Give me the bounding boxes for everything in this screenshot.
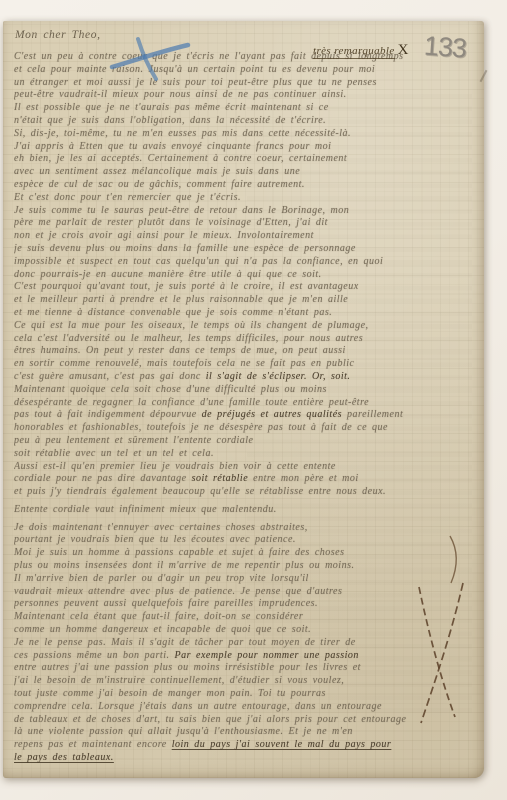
manuscript-line: J'ai appris à Etten que tu avais envoyé …	[14, 141, 477, 154]
manuscript-line: tout juste comme j'ai besoin de manger m…	[14, 688, 477, 701]
manuscript-line: Aussi est-il qu'en premier lieu je voudr…	[14, 461, 477, 474]
manuscript-line: peu à peu lentement et sûrement l'entent…	[14, 435, 477, 448]
manuscript-line: un étranger et moi aussi je le suis pour…	[14, 77, 477, 90]
manuscript-line: j'ai le besoin de m'instruire continuell…	[14, 675, 477, 688]
manuscript-line-emphasis: de préjugés et autres qualités	[202, 409, 342, 420]
manuscript-line: Maintenant cela étant que faut-il faire,…	[14, 611, 477, 624]
manuscript-line: en sortir comme renouvelé, mais toutefoi…	[14, 358, 477, 371]
archival-note: très remarquableX	[313, 42, 409, 59]
manuscript-line: C'est pourquoi qu'avant tout, je suis po…	[14, 281, 477, 294]
manuscript-line: soit rétablie avec un tel et un tel et c…	[14, 448, 477, 461]
manuscript-line: je suis devenu plus ou moins dans la fam…	[14, 243, 477, 256]
manuscript-line-emphasis: il s'agit de s'éclipser. Or, soit.	[206, 371, 351, 382]
manuscript-line: comprendre cela. Lorsque j'étais dans un…	[14, 701, 477, 714]
manuscript-line: êtres humains. On peut y rester dans ce …	[14, 345, 477, 358]
manuscript-line: Moi je suis un homme à passions capable …	[14, 547, 477, 560]
manuscript-line: non et je crois avoir agi ainsi pour le …	[14, 230, 477, 243]
manuscript-line: cordiale pour ne pas dire davantage soit…	[14, 473, 477, 486]
manuscript-line: n'était que je suis dans l'obligation, d…	[14, 115, 477, 128]
salutation: Mon cher Theo,	[15, 28, 477, 42]
manuscript-line: là une violente passion qui allait jusqu…	[14, 726, 477, 739]
manuscript-line: père me parlait de rester plutôt dans le…	[14, 217, 477, 230]
manuscript-line: Et c'est donc pour t'en remercier que je…	[14, 192, 477, 205]
manuscript-line: pourtant je voudrais bien que tu les éco…	[14, 534, 477, 547]
manuscript-line: ces passions même un bon parti. Par exem…	[14, 650, 477, 663]
letter-page: Mon cher Theo, C'est un peu à contre coe…	[3, 21, 484, 778]
manuscript-line: désespérante de regagner la confiance d'…	[14, 397, 477, 410]
manuscript-line-emphasis: loin du pays j'ai souvent le mal du pays…	[172, 739, 392, 750]
margin-ink-cross-mark	[409, 577, 473, 731]
archival-note-x-mark: X	[398, 42, 409, 58]
page-number: 133	[423, 31, 467, 65]
manuscript-line: repens pas et maintenant encore loin du …	[14, 739, 477, 752]
manuscript-line: donc pourrais-je en aucune manière être …	[14, 269, 477, 282]
blue-crayon-cross-mark	[108, 35, 194, 83]
manuscript-line: peut-être vaudrait-il mieux pour nous ai…	[14, 89, 477, 102]
manuscript-line: Maintenant quoique cela soit chose d'une…	[14, 384, 477, 397]
manuscript-line: personnes peuvent aussi quelquefois fair…	[14, 598, 477, 611]
manuscript-line: de tableaux et de choses d'art, tu sais …	[14, 714, 477, 727]
manuscript-line: et puis j'y tiendrais également beaucoup…	[14, 486, 477, 499]
manuscript-line: Il est possible que je ne t'aurais pas m…	[14, 102, 477, 115]
manuscript-line: eh bien, je les ai acceptés. Certainemen…	[14, 153, 477, 166]
manuscript-line-emphasis: soit rétablie	[192, 473, 249, 484]
manuscript-line-emphasis: le pays des tableaux.	[14, 752, 114, 763]
letter-scan: Mon cher Theo, C'est un peu à contre coe…	[0, 0, 507, 800]
manuscript-line: plus ou moins insensées dont il m'arrive…	[14, 560, 477, 573]
manuscript-line: Je dois maintenant t'ennuyer avec certai…	[14, 522, 477, 535]
manuscript-line: et cela pour mainte raison. Jusqu'à un c…	[14, 64, 477, 77]
manuscript-line: Ce qui est la mue pour les oiseaux, le t…	[14, 320, 477, 333]
manuscript-line: cela c'est l'adversité ou le malheur, le…	[14, 333, 477, 346]
manuscript-line: entre autres j'ai une passion plus ou mo…	[14, 662, 477, 675]
manuscript-line: Je ne le pense pas. Mais il s'agit de tâ…	[14, 637, 477, 650]
manuscript-line: impossible et suspect en tout cas quelqu…	[14, 256, 477, 269]
manuscript-line: Il m'arrive bien de parler ou d'agir un …	[14, 573, 477, 586]
letter-body: C'est un peu à contre coeur que je t'écr…	[14, 51, 477, 765]
manuscript-line: et me tienne à distance convenable que j…	[14, 307, 477, 320]
manuscript-line: avec un sentiment assez mélancolique mai…	[14, 166, 477, 179]
archival-note-text: très remarquable	[313, 45, 395, 59]
manuscript-line: Si, dis-je, toi-même, tu ne m'en eusses …	[14, 128, 477, 141]
manuscript-line: c'est guère amusant, c'est pas gai donc …	[14, 371, 477, 384]
pencil-slash-mark	[480, 70, 488, 82]
manuscript-line: Je suis comme tu le sauras peut-être de …	[14, 205, 477, 218]
manuscript-line: vaudrait mieux attendre avec plus de pat…	[14, 586, 477, 599]
manuscript-line: pas tout à fait indigemment dépourvue de…	[14, 409, 477, 422]
manuscript-line: comme un homme dangereux et incapable de…	[14, 624, 477, 637]
manuscript-line: Entente cordiale vaut infiniment mieux q…	[14, 504, 477, 517]
manuscript-line: espèce de cul de sac ou de gâchis, comme…	[14, 179, 477, 192]
manuscript-line: honorables et fashionables, toutefois je…	[14, 422, 477, 435]
manuscript-line: et le meilleur parti à prendre et le plu…	[14, 294, 477, 307]
manuscript-line: le pays des tableaux.	[14, 752, 477, 765]
manuscript-line-emphasis: Par exemple pour nommer une passion	[175, 650, 359, 661]
letter-body-wrap: Mon cher Theo, C'est un peu à contre coe…	[14, 26, 477, 765]
